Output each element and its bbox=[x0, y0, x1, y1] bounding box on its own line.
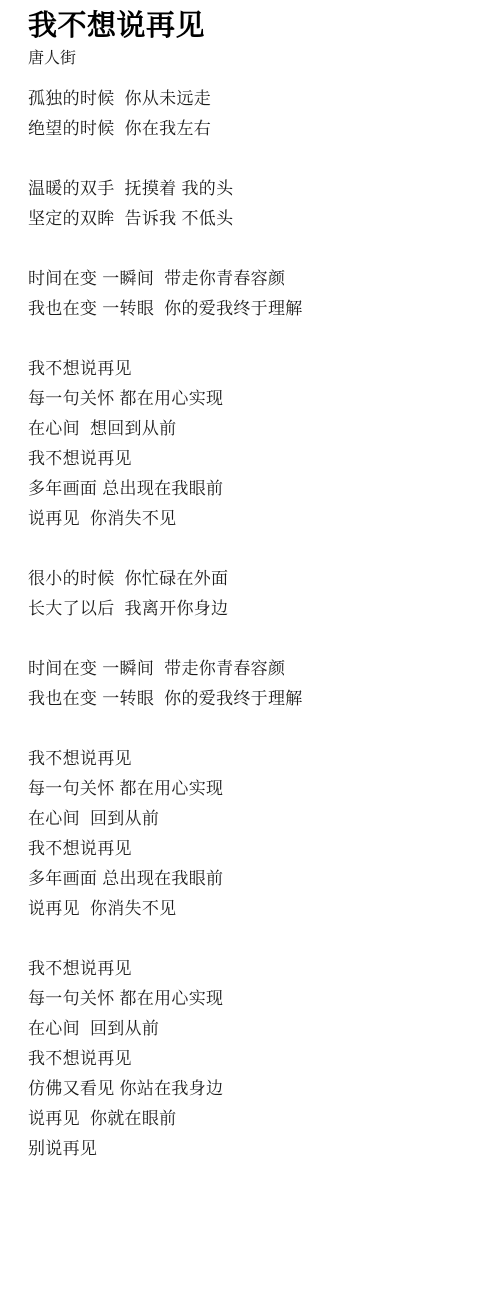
stanza: 我不想说再见 每一句关怀 都在用心实现 在心间 回到从前 我不想说再见 多年画面… bbox=[28, 744, 480, 924]
lyric-line: 很小的时候 你忙碌在外面 bbox=[28, 564, 480, 594]
lyrics-body: 孤独的时候 你从未远走 绝望的时候 你在我左右 温暖的双手 抚摸着 我的头 坚定… bbox=[28, 84, 480, 1164]
lyric-line: 绝望的时候 你在我左右 bbox=[28, 114, 480, 144]
lyric-line: 我也在变 一转眼 你的爱我终于理解 bbox=[28, 684, 480, 714]
lyric-line: 长大了以后 我离开你身边 bbox=[28, 594, 480, 624]
lyric-line: 坚定的双眸 告诉我 不低头 bbox=[28, 204, 480, 234]
artist-name: 唐人街 bbox=[28, 48, 480, 70]
lyric-line: 我不想说再见 bbox=[28, 954, 480, 984]
stanza: 我不想说再见 每一句关怀 都在用心实现 在心间 想回到从前 我不想说再见 多年画… bbox=[28, 354, 480, 534]
lyric-line: 说再见 你就在眼前 bbox=[28, 1104, 480, 1134]
lyric-line: 多年画面 总出现在我眼前 bbox=[28, 474, 480, 504]
stanza: 温暖的双手 抚摸着 我的头 坚定的双眸 告诉我 不低头 bbox=[28, 174, 480, 234]
lyric-line: 我不想说再见 bbox=[28, 834, 480, 864]
lyric-line: 我不想说再见 bbox=[28, 444, 480, 474]
lyric-line: 说再见 你消失不见 bbox=[28, 894, 480, 924]
lyric-line: 在心间 想回到从前 bbox=[28, 414, 480, 444]
song-title: 我不想说再见 bbox=[28, 6, 480, 46]
lyric-line: 每一句关怀 都在用心实现 bbox=[28, 984, 480, 1014]
lyric-line: 我不想说再见 bbox=[28, 354, 480, 384]
lyric-line: 时间在变 一瞬间 带走你青春容颜 bbox=[28, 264, 480, 294]
lyric-line: 我不想说再见 bbox=[28, 1044, 480, 1074]
lyric-line: 我也在变 一转眼 你的爱我终于理解 bbox=[28, 294, 480, 324]
song-header: 我不想说再见 唐人街 bbox=[28, 6, 480, 70]
lyric-line: 在心间 回到从前 bbox=[28, 804, 480, 834]
lyric-line: 温暖的双手 抚摸着 我的头 bbox=[28, 174, 480, 204]
lyric-line: 仿佛又看见 你站在我身边 bbox=[28, 1074, 480, 1104]
stanza: 孤独的时候 你从未远走 绝望的时候 你在我左右 bbox=[28, 84, 480, 144]
lyric-line: 每一句关怀 都在用心实现 bbox=[28, 774, 480, 804]
lyric-line: 多年画面 总出现在我眼前 bbox=[28, 864, 480, 894]
stanza: 时间在变 一瞬间 带走你青春容颜 我也在变 一转眼 你的爱我终于理解 bbox=[28, 654, 480, 714]
lyric-line: 在心间 回到从前 bbox=[28, 1014, 480, 1044]
lyric-line: 时间在变 一瞬间 带走你青春容颜 bbox=[28, 654, 480, 684]
stanza: 时间在变 一瞬间 带走你青春容颜 我也在变 一转眼 你的爱我终于理解 bbox=[28, 264, 480, 324]
lyric-line: 孤独的时候 你从未远走 bbox=[28, 84, 480, 114]
lyric-line: 说再见 你消失不见 bbox=[28, 504, 480, 534]
stanza: 我不想说再见 每一句关怀 都在用心实现 在心间 回到从前 我不想说再见 仿佛又看… bbox=[28, 954, 480, 1164]
lyric-line: 别说再见 bbox=[28, 1134, 480, 1164]
stanza: 很小的时候 你忙碌在外面 长大了以后 我离开你身边 bbox=[28, 564, 480, 624]
lyric-line: 我不想说再见 bbox=[28, 744, 480, 774]
lyric-line: 每一句关怀 都在用心实现 bbox=[28, 384, 480, 414]
